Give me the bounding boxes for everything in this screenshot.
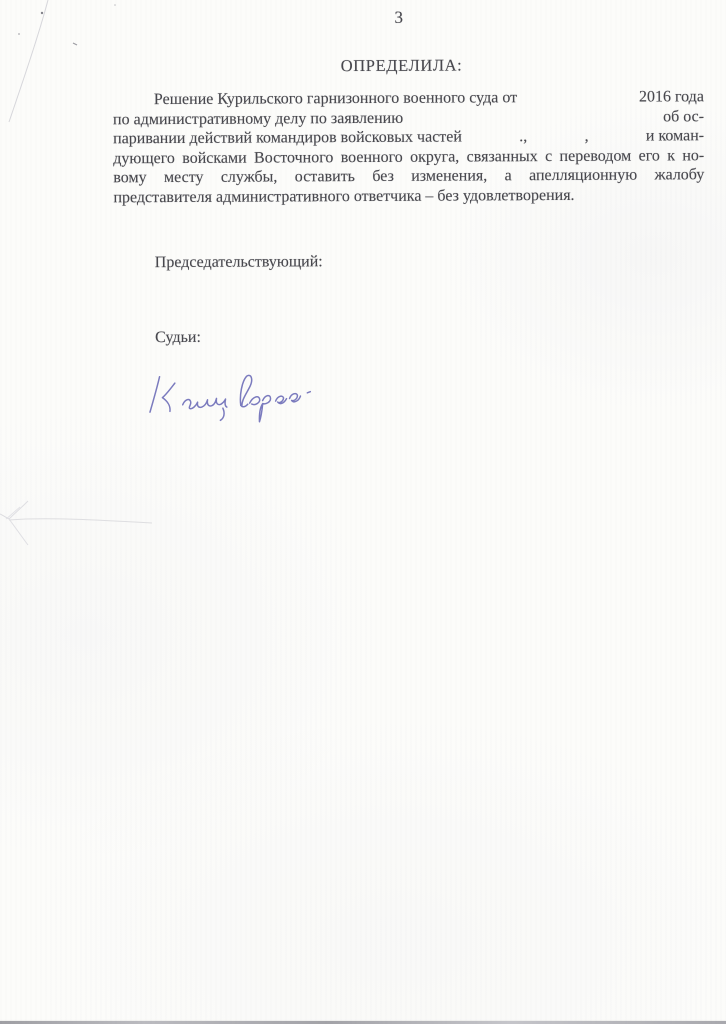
- scanned-court-document: 3 ОПРЕДЕЛИЛА: Решение Курильского гарниз…: [0, 0, 726, 1024]
- line3-left-text: паривании действий командиров войсковых …: [113, 128, 462, 149]
- line3-redacted-blank-1: .,: [519, 127, 527, 147]
- judges-label: Судьи:: [155, 329, 201, 347]
- ruling-paragraph: Решение Курильского гарнизонного военног…: [113, 87, 705, 208]
- page-number: 3: [394, 8, 403, 28]
- paragraph-line-6: представителя административного ответчик…: [113, 185, 704, 208]
- line3-redacted-blank-2: ,: [584, 127, 588, 147]
- paragraph-line-5: вому месту службы, оставить без изменени…: [113, 166, 704, 189]
- ruling-heading: ОПРЕДЕЛИЛА:: [341, 55, 463, 76]
- handwriting-strokes: [147, 365, 324, 430]
- line2-right-text: об ос-: [663, 107, 704, 127]
- line1-right-text: 2016 года: [639, 87, 704, 107]
- document-content: 3 ОПРЕДЕЛИЛА: Решение Курильского гарниз…: [0, 0, 726, 1024]
- handwritten-copy-note: Копия верна.: [147, 365, 324, 430]
- line3-right-text: и коман-: [646, 126, 704, 146]
- presiding-judge-label: Председательствующий:: [155, 253, 323, 272]
- line1-left-text: Решение Курильского гарнизонного военног…: [113, 88, 517, 110]
- line2-left-text: по административному делу по заявлению: [113, 108, 403, 129]
